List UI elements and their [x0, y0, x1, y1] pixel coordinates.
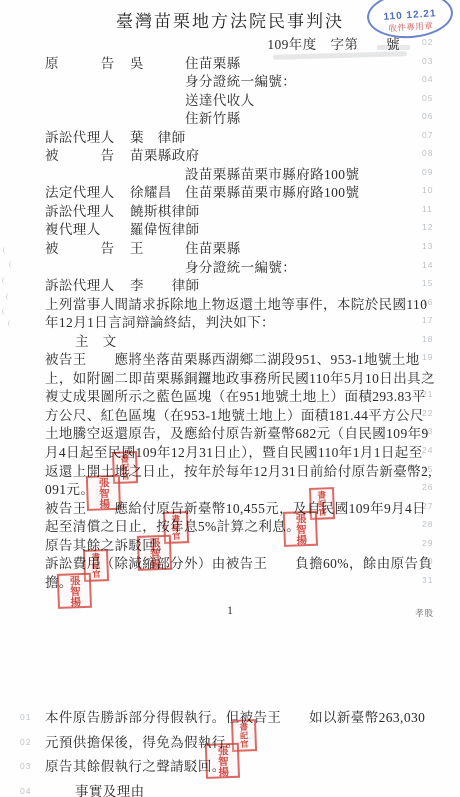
party-role-label: 原 告 — [45, 52, 115, 72]
line-number: 19 — [422, 352, 433, 362]
party-address: 送達代收人 — [185, 89, 255, 109]
judgment-line: 27被告王 應給付原告新臺幣10,455元，及自民國109年9月4日 — [0, 497, 460, 516]
line-number: 03 — [20, 761, 31, 771]
party-name: 李 律師 — [130, 274, 200, 294]
line-number: 02 — [422, 37, 433, 47]
line-number: 12 — [422, 222, 433, 232]
party-address: 住苗栗縣苗栗市縣府路100號 — [185, 181, 359, 201]
line-number: 07 — [422, 130, 433, 140]
party-name: 饒斯棋律師 — [130, 200, 200, 220]
line-number: 24 — [422, 445, 433, 455]
party-role-label: 訴訟代理人 — [45, 274, 115, 294]
clerk-seal-pair: 書記官 張智揚 — [204, 719, 258, 779]
clerk-name-seal: 張智揚 — [86, 475, 121, 511]
line-number: 18 — [422, 334, 433, 344]
line-number: 06 — [422, 111, 433, 121]
clerk-seal-pair: 書記官 張智揚 — [56, 549, 110, 609]
clerk-seal-pair: 書記官 張智揚 — [282, 487, 336, 547]
judgment-line: 23土地騰空返還原告，及應給付原告新臺幣682元（自民國109年9 — [0, 422, 460, 441]
line-number: 13 — [422, 241, 433, 251]
judgment-text: 方公尺、紅色區塊（在953-1地號土地上）面積181.44平方公尺 — [45, 404, 424, 424]
line-number: 03 — [422, 56, 433, 66]
line-number: 04 — [422, 74, 433, 84]
line-number: 31 — [422, 575, 433, 585]
judgment-line: 05送達代收人 — [0, 89, 460, 108]
line-number: 10 — [422, 185, 433, 195]
party-role-label: 被 告 — [45, 237, 115, 257]
judgment-text: 複丈成果圖所示之藍色區塊（在951地號土地上）面積293.83平 — [45, 385, 426, 405]
line-number: 09 — [422, 167, 433, 177]
section-heading: 事實及理由 — [75, 780, 145, 797]
judgment-line: 20上，如附圖二即苗栗縣銅鑼地政事務所民國110年5月10日出具之 — [0, 367, 460, 386]
party-address: 設苗栗縣苗栗市縣府路100號 — [185, 163, 359, 183]
judgment-line: 08被 告苗栗縣政府 — [0, 144, 460, 163]
judgment-text: 原告其餘假執行之聲請駁回。 — [45, 755, 226, 775]
judgment-line: 18主 文 — [0, 330, 460, 349]
clerk-seal-pair: 書記官 張智揚 — [136, 511, 190, 571]
line-number: 08 — [422, 148, 433, 158]
judgment-line: 04身分證統一編號： — [0, 70, 460, 89]
judgment-line: 13被 告王住苗栗縣 — [0, 237, 460, 256]
clerk-name-seal: 張智揚 — [137, 535, 172, 571]
line-number: 05 — [422, 93, 433, 103]
party-role-label: 法定代理人 — [45, 181, 115, 201]
party-role-label: 複代理人 — [45, 218, 101, 238]
line-number: 02 — [20, 737, 31, 747]
judgment-line: 04事實及理由 — [0, 780, 460, 797]
judgment-text: 土地騰空返還原告，及應給付原告新臺幣682元（自民國109年9 — [45, 422, 429, 442]
line-number: 17 — [422, 315, 433, 325]
judgment-line: 03原 告吳住苗栗縣 — [0, 52, 460, 71]
judgment-document-page: 臺灣苗栗地方法院民事判決 110 12.21 收件專用章 02109年度 字第 … — [0, 0, 460, 797]
party-address: 住新竹縣 — [185, 107, 241, 127]
party-role-label: 被 告 — [45, 144, 115, 164]
judgment-text: 被告王 應將坐落苗栗縣西湖鄉二湖段951、953-1地號土地 — [45, 348, 420, 368]
judgment-line: 15訴訟代理人李 律師 — [0, 274, 460, 293]
clerk-name-seal: 張智揚 — [283, 511, 318, 547]
party-address: 住苗栗縣 — [185, 52, 241, 72]
judgment-line: 28起至清償之日止，按年息5%計算之利息。 — [0, 515, 460, 534]
judgment-line: 14身分證統一編號： — [0, 256, 460, 275]
judgment-line: 22方公尺、紅色區塊（在953-1地號土地上）面積181.44平方公尺 — [0, 404, 460, 423]
party-role-label: 訴訟代理人 — [45, 126, 115, 146]
line-number: 04 — [20, 786, 31, 796]
party-name: 徐耀昌 — [130, 181, 172, 201]
judgment-line: 12複代理人羅偉恆律師 — [0, 218, 460, 237]
line-number: 14 — [422, 260, 433, 270]
clerk-seal-pair: 書記官 張智揚 — [85, 451, 139, 511]
judgment-text-page1: 02109年度 字第 號03原 告吳住苗栗縣04身分證統一編號：05送達代收人0… — [0, 33, 460, 589]
line-number: 01 — [20, 712, 31, 722]
line-number: 28 — [422, 519, 433, 529]
judgment-line: 07訴訟代理人葉 律師 — [0, 126, 460, 145]
party-role-label: 訴訟代理人 — [45, 200, 115, 220]
judgment-line: 25返還上開土地之日止，按年於每年12月31日前給付原告新臺幣2, — [0, 460, 460, 479]
judgment-line: 09設苗栗縣苗栗市縣府路100號 — [0, 163, 460, 182]
case-number: 109年度 字第 號 — [0, 33, 400, 53]
judgment-line: 10法定代理人徐耀昌住苗栗縣苗栗市縣府路100號 — [0, 181, 460, 200]
clerk-name-seal: 張智揚 — [57, 573, 92, 609]
judgment-text: 上列當事人間請求拆除地上物返還土地等事件，本院於民國110 — [45, 293, 427, 313]
judgment-line: 11訴訟代理人饒斯棋律師 — [0, 200, 460, 219]
judgment-line: 24月4日起至民國109年12月31日止），暨自民國110年1月1日起至 — [0, 441, 460, 460]
judgment-line: 21複丈成果圖所示之藍色區塊（在951地號土地上）面積293.83平 — [0, 385, 460, 404]
party-name: 苗栗縣政府 — [130, 144, 200, 164]
party-name: 葉 律師 — [130, 126, 186, 146]
judgment-line: 26091元。 — [0, 478, 460, 497]
party-address: 住苗栗縣 — [185, 237, 241, 257]
judgment-line: 19被告王 應將坐落苗栗縣西湖鄉二湖段951、953-1地號土地 — [0, 348, 460, 367]
party-name: 羅偉恆律師 — [130, 218, 200, 238]
court-division-label: 孝股 — [415, 607, 434, 619]
clerk-name-seal: 張智揚 — [205, 743, 240, 779]
line-number: 11 — [422, 204, 433, 214]
judgment-line: 06住新竹縣 — [0, 107, 460, 126]
party-name: 王 — [130, 237, 144, 257]
party-name: 吳 — [130, 52, 144, 72]
judgment-line: 17年12月1日言詞辯論終結，判決如下： — [0, 311, 460, 330]
party-address: 身分證統一編號： — [185, 256, 296, 276]
judgment-line: 16上列當事人間請求拆除地上物返還土地等事件，本院於民國110 — [0, 293, 460, 312]
section-heading: 主 文 — [75, 330, 117, 350]
line-number: 26 — [422, 482, 433, 492]
line-number: 29 — [422, 538, 433, 548]
judgment-text: 上，如附圖二即苗栗縣銅鑼地政事務所民國110年5月10日出具之 — [45, 367, 435, 387]
party-address: 身分證統一編號： — [185, 70, 296, 90]
line-number: 15 — [422, 278, 433, 288]
judgment-text: 年12月1日言詞辯論終結，判決如下： — [45, 311, 275, 331]
judgment-line: 02109年度 字第 號 — [0, 33, 460, 52]
